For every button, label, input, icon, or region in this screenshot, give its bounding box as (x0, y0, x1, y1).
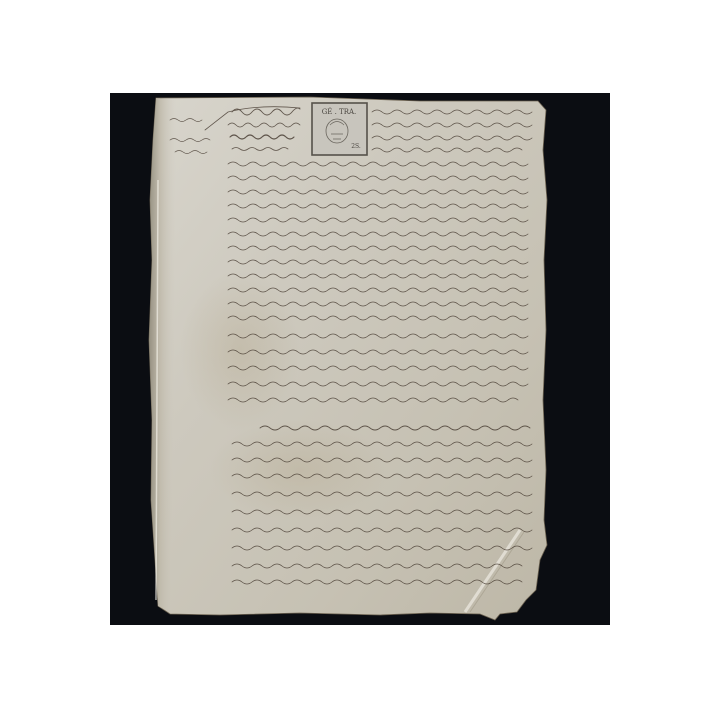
manuscript-photo: GÉ . TRA. 2S. (0, 0, 720, 720)
revenue-stamp: GÉ . TRA. 2S. (312, 103, 367, 155)
svg-text:GÉ . TRA.: GÉ . TRA. (322, 107, 357, 116)
svg-text:2S.: 2S. (351, 143, 361, 150)
